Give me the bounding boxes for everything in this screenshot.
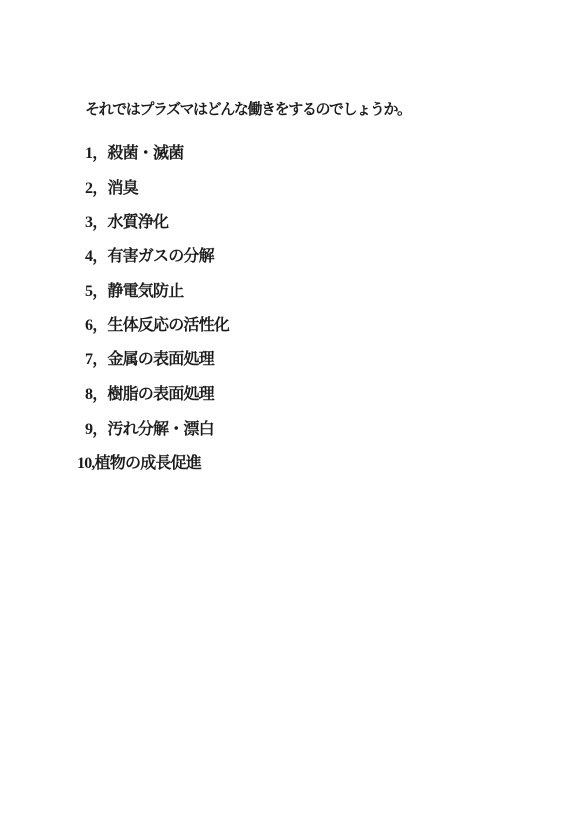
list-item-3: 3，水質浄化 bbox=[85, 214, 168, 232]
list-item-6: 6，生体反応の活性化 bbox=[85, 317, 229, 335]
list-item-5: 5，静電気防止 bbox=[85, 283, 183, 301]
list-item-1: 1，殺菌・滅菌 bbox=[85, 145, 183, 163]
document-page: それではプラズマはどんな働きをするのでしょうか。 1，殺菌・滅菌 2，消臭 3，… bbox=[0, 0, 586, 828]
list-item-4: 4，有害ガスの分解 bbox=[85, 248, 214, 266]
list-item-7: 7，金属の表面処理 bbox=[85, 351, 214, 369]
list-item-8: 8，樹脂の表面処理 bbox=[85, 386, 214, 404]
list-item-2: 2，消臭 bbox=[85, 180, 138, 198]
list-item-9: 9，汚れ分解・漂白 bbox=[85, 421, 214, 439]
list-item-10: 10,植物の成長促進 bbox=[77, 455, 201, 473]
intro-sentence: それではプラズマはどんな働きをするのでしょうか。 bbox=[85, 101, 411, 120]
